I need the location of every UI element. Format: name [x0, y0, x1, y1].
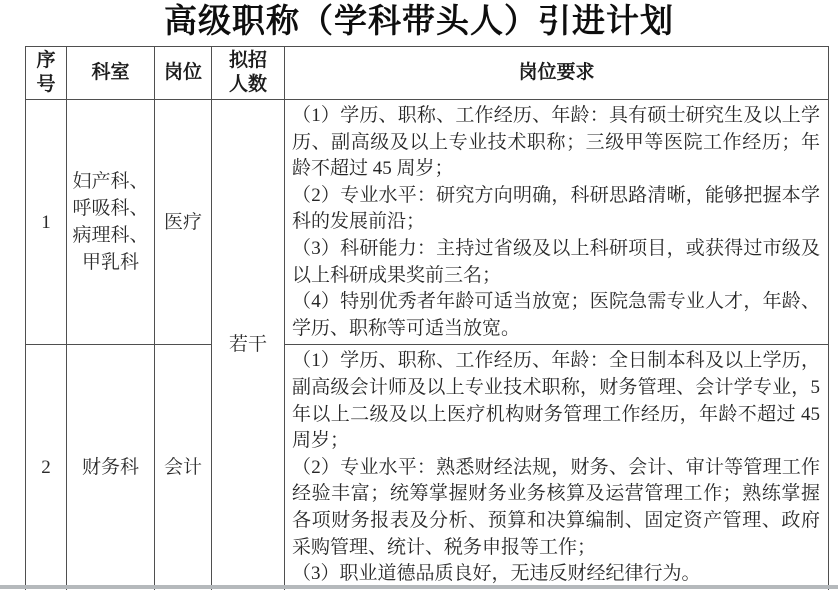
column-header-department: 科室	[67, 47, 155, 100]
table-row-1: 1 妇产科、呼吸科、病理科、甲乳科 医疗 若干 （1）学历、职称、工作经历、年龄…	[26, 100, 829, 345]
page-bottom-edge	[0, 585, 838, 589]
recruitment-plan-table: 序号 科室 岗位 拟招人数 岗位要求 1 妇产科、呼吸科、病理科、甲乳科 医疗 …	[25, 46, 829, 590]
requirement-item-1-1: （1）学历、职称、工作经历、年龄：具有硕士研究生及以上学历、副高级及以上专业技术…	[292, 103, 820, 183]
cell-no-2: 2	[26, 345, 67, 590]
cell-requirements-2: （1）学历、职称、工作经历、年龄：全日制本科及以上学历，副高级会计师及以上专业技…	[285, 345, 829, 590]
cell-position-1: 医疗	[155, 100, 212, 345]
document-page: 高级职称（学科带头人）引进计划 序号 科室 岗位 拟招人数 岗位要求	[0, 0, 838, 590]
column-header-recruit-count-label: 拟招人数	[227, 49, 269, 97]
table-header-row: 序号 科室 岗位 拟招人数 岗位要求	[26, 47, 829, 100]
page-title: 高级职称（学科带头人）引进计划	[0, 0, 838, 44]
cell-no-1: 1	[26, 100, 67, 345]
requirement-item-1-3: （3）科研能力：主持过省级及以上科研项目，或获得过市级及以上科研成果奖前三名；	[292, 236, 820, 289]
requirement-item-1-4: （4）特别优秀者年龄可适当放宽；医院急需专业人才，年龄、学历、职称等可适当放宽。	[292, 289, 820, 342]
requirement-item-1-2: （2）专业水平：研究方向明确，科研思路清晰，能够把握本学科的发展前沿；	[292, 183, 820, 236]
cell-recruit-count-merged: 若干	[212, 100, 285, 590]
cell-requirements-1: （1）学历、职称、工作经历、年龄：具有硕士研究生及以上学历、副高级及以上专业技术…	[285, 100, 829, 345]
requirement-item-2-3: （3）职业道德品质良好，无违反财经纪律行为。	[292, 561, 820, 588]
requirement-item-2-1: （1）学历、职称、工作经历、年龄：全日制本科及以上学历，副高级会计师及以上专业技…	[292, 348, 820, 454]
requirement-item-2-2: （2）专业水平：熟悉财经法规，财务、会计、审计等管理工作经验丰富；统筹掌握财务业…	[292, 455, 820, 561]
cell-position-2: 会计	[155, 345, 212, 590]
cell-department-1: 妇产科、呼吸科、病理科、甲乳科	[67, 100, 155, 345]
column-header-position: 岗位	[155, 47, 212, 100]
cell-department-2: 财务科	[67, 345, 155, 590]
column-header-requirements: 岗位要求	[285, 47, 829, 100]
table-row-2: 2 财务科 会计 （1）学历、职称、工作经历、年龄：全日制本科及以上学历，副高级…	[26, 345, 829, 590]
column-header-no: 序号	[26, 47, 67, 100]
column-header-no-label: 序号	[36, 49, 57, 97]
column-header-recruit-count: 拟招人数	[212, 47, 285, 100]
